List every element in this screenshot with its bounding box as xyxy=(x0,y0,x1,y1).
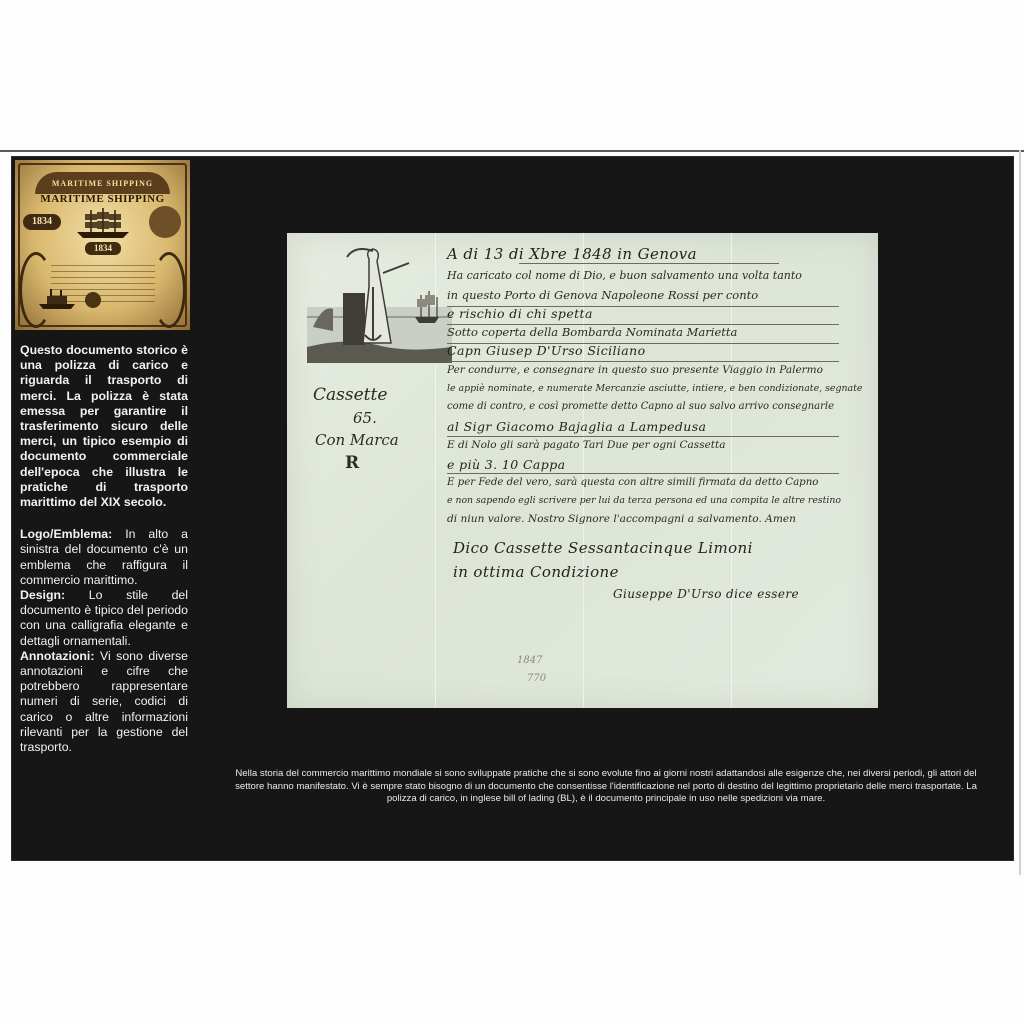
section-label: Annotazioni xyxy=(20,649,90,663)
emblem-year-center: 1834 xyxy=(85,242,121,255)
doc-line: E per Fede del vero, sarà questa con alt… xyxy=(447,477,818,488)
margin-note: Cassette xyxy=(313,385,387,405)
doc-line: le appiè nominate, e numerate Mercanzie … xyxy=(447,383,862,394)
pencil-note: 770 xyxy=(527,673,546,684)
doc-line: e non sapendo egli scrivere per lui da t… xyxy=(447,495,841,506)
fill-line xyxy=(447,436,839,437)
doc-line: e rischio di chi spetta xyxy=(447,306,593,321)
emblem-title: MARITIME SHIPPING xyxy=(15,193,190,205)
section-annotations: Annotazioni: Vi sono diverse annotazioni… xyxy=(20,649,188,755)
fill-line xyxy=(447,473,839,474)
doc-line: e più 3. 10 Cappa xyxy=(447,457,565,472)
section-logo: Logo/Emblema: In alto a sinistra del doc… xyxy=(20,527,188,588)
doc-line: come di contro, e così promette detto Ca… xyxy=(447,401,834,412)
section-design: Design: Lo stile del documento è tipico … xyxy=(20,588,188,649)
ornament-right xyxy=(152,252,186,328)
doc-line: Ha caricato col nome di Dio, e buon salv… xyxy=(447,269,802,282)
margin-note: 65. xyxy=(353,409,377,427)
doc-line: al Sigr Giacomo Bajaglia a Lampedusa xyxy=(447,419,706,434)
doc-line: E di Nolo gli sarà pagato Tari Due per o… xyxy=(447,439,726,451)
intro-text: Questo documento storico è una polizza d… xyxy=(20,343,188,510)
caption-text: Nella storia del commercio marittimo mon… xyxy=(220,768,992,806)
pencil-note: 1847 xyxy=(517,655,542,666)
fill-line xyxy=(447,361,839,362)
document-date: A di 13 di Xbre 1848 in Genova xyxy=(447,245,697,263)
ship-icon xyxy=(73,206,133,240)
section-label: Logo/Emblema xyxy=(20,527,108,541)
paper-fold xyxy=(583,233,584,708)
signature: Giuseppe D'Urso dice essere xyxy=(613,587,799,601)
top-rule xyxy=(0,150,1024,152)
doc-line: di niun valore. Nostro Signore l'accompa… xyxy=(447,513,796,525)
fill-line xyxy=(519,263,779,264)
closing-line: Dico Cassette Sessantacinque Limoni xyxy=(453,539,753,557)
allegory-engraving-icon xyxy=(307,247,452,363)
steamship-icon xyxy=(37,288,77,310)
margin-note: Con Marca xyxy=(315,431,399,449)
page-edge xyxy=(1019,150,1021,875)
section-text: Vi sono diverse annotazioni e cifre che … xyxy=(20,649,188,754)
section-label: Design xyxy=(20,588,61,602)
cargo-mark: R xyxy=(345,453,359,473)
emblem-year-left: 1834 xyxy=(23,214,61,230)
emblem-seal xyxy=(149,206,181,238)
bill-of-lading-document: A di 13 di Xbre 1848 in Genova Ha carica… xyxy=(287,233,878,708)
emblem-banner: MARITIME SHIPPING xyxy=(35,172,170,194)
sidebar-description: Questo documento storico è una polizza d… xyxy=(20,343,188,755)
doc-line: Per condurre, e consegnare in questo suo… xyxy=(447,364,823,376)
doc-line: Capn Giusep D'Urso Siciliano xyxy=(447,343,646,358)
doc-line: Sotto coperta della Bombarda Nominata Ma… xyxy=(447,325,737,339)
paper-fold xyxy=(731,233,732,708)
doc-line: in questo Porto di Genova Napoleone Ross… xyxy=(447,288,758,302)
maritime-shipping-emblem: MARITIME SHIPPING MARITIME SHIPPING 1834… xyxy=(15,160,190,330)
emblem-medal xyxy=(85,292,101,308)
closing-line: in ottima Condizione xyxy=(453,563,619,581)
